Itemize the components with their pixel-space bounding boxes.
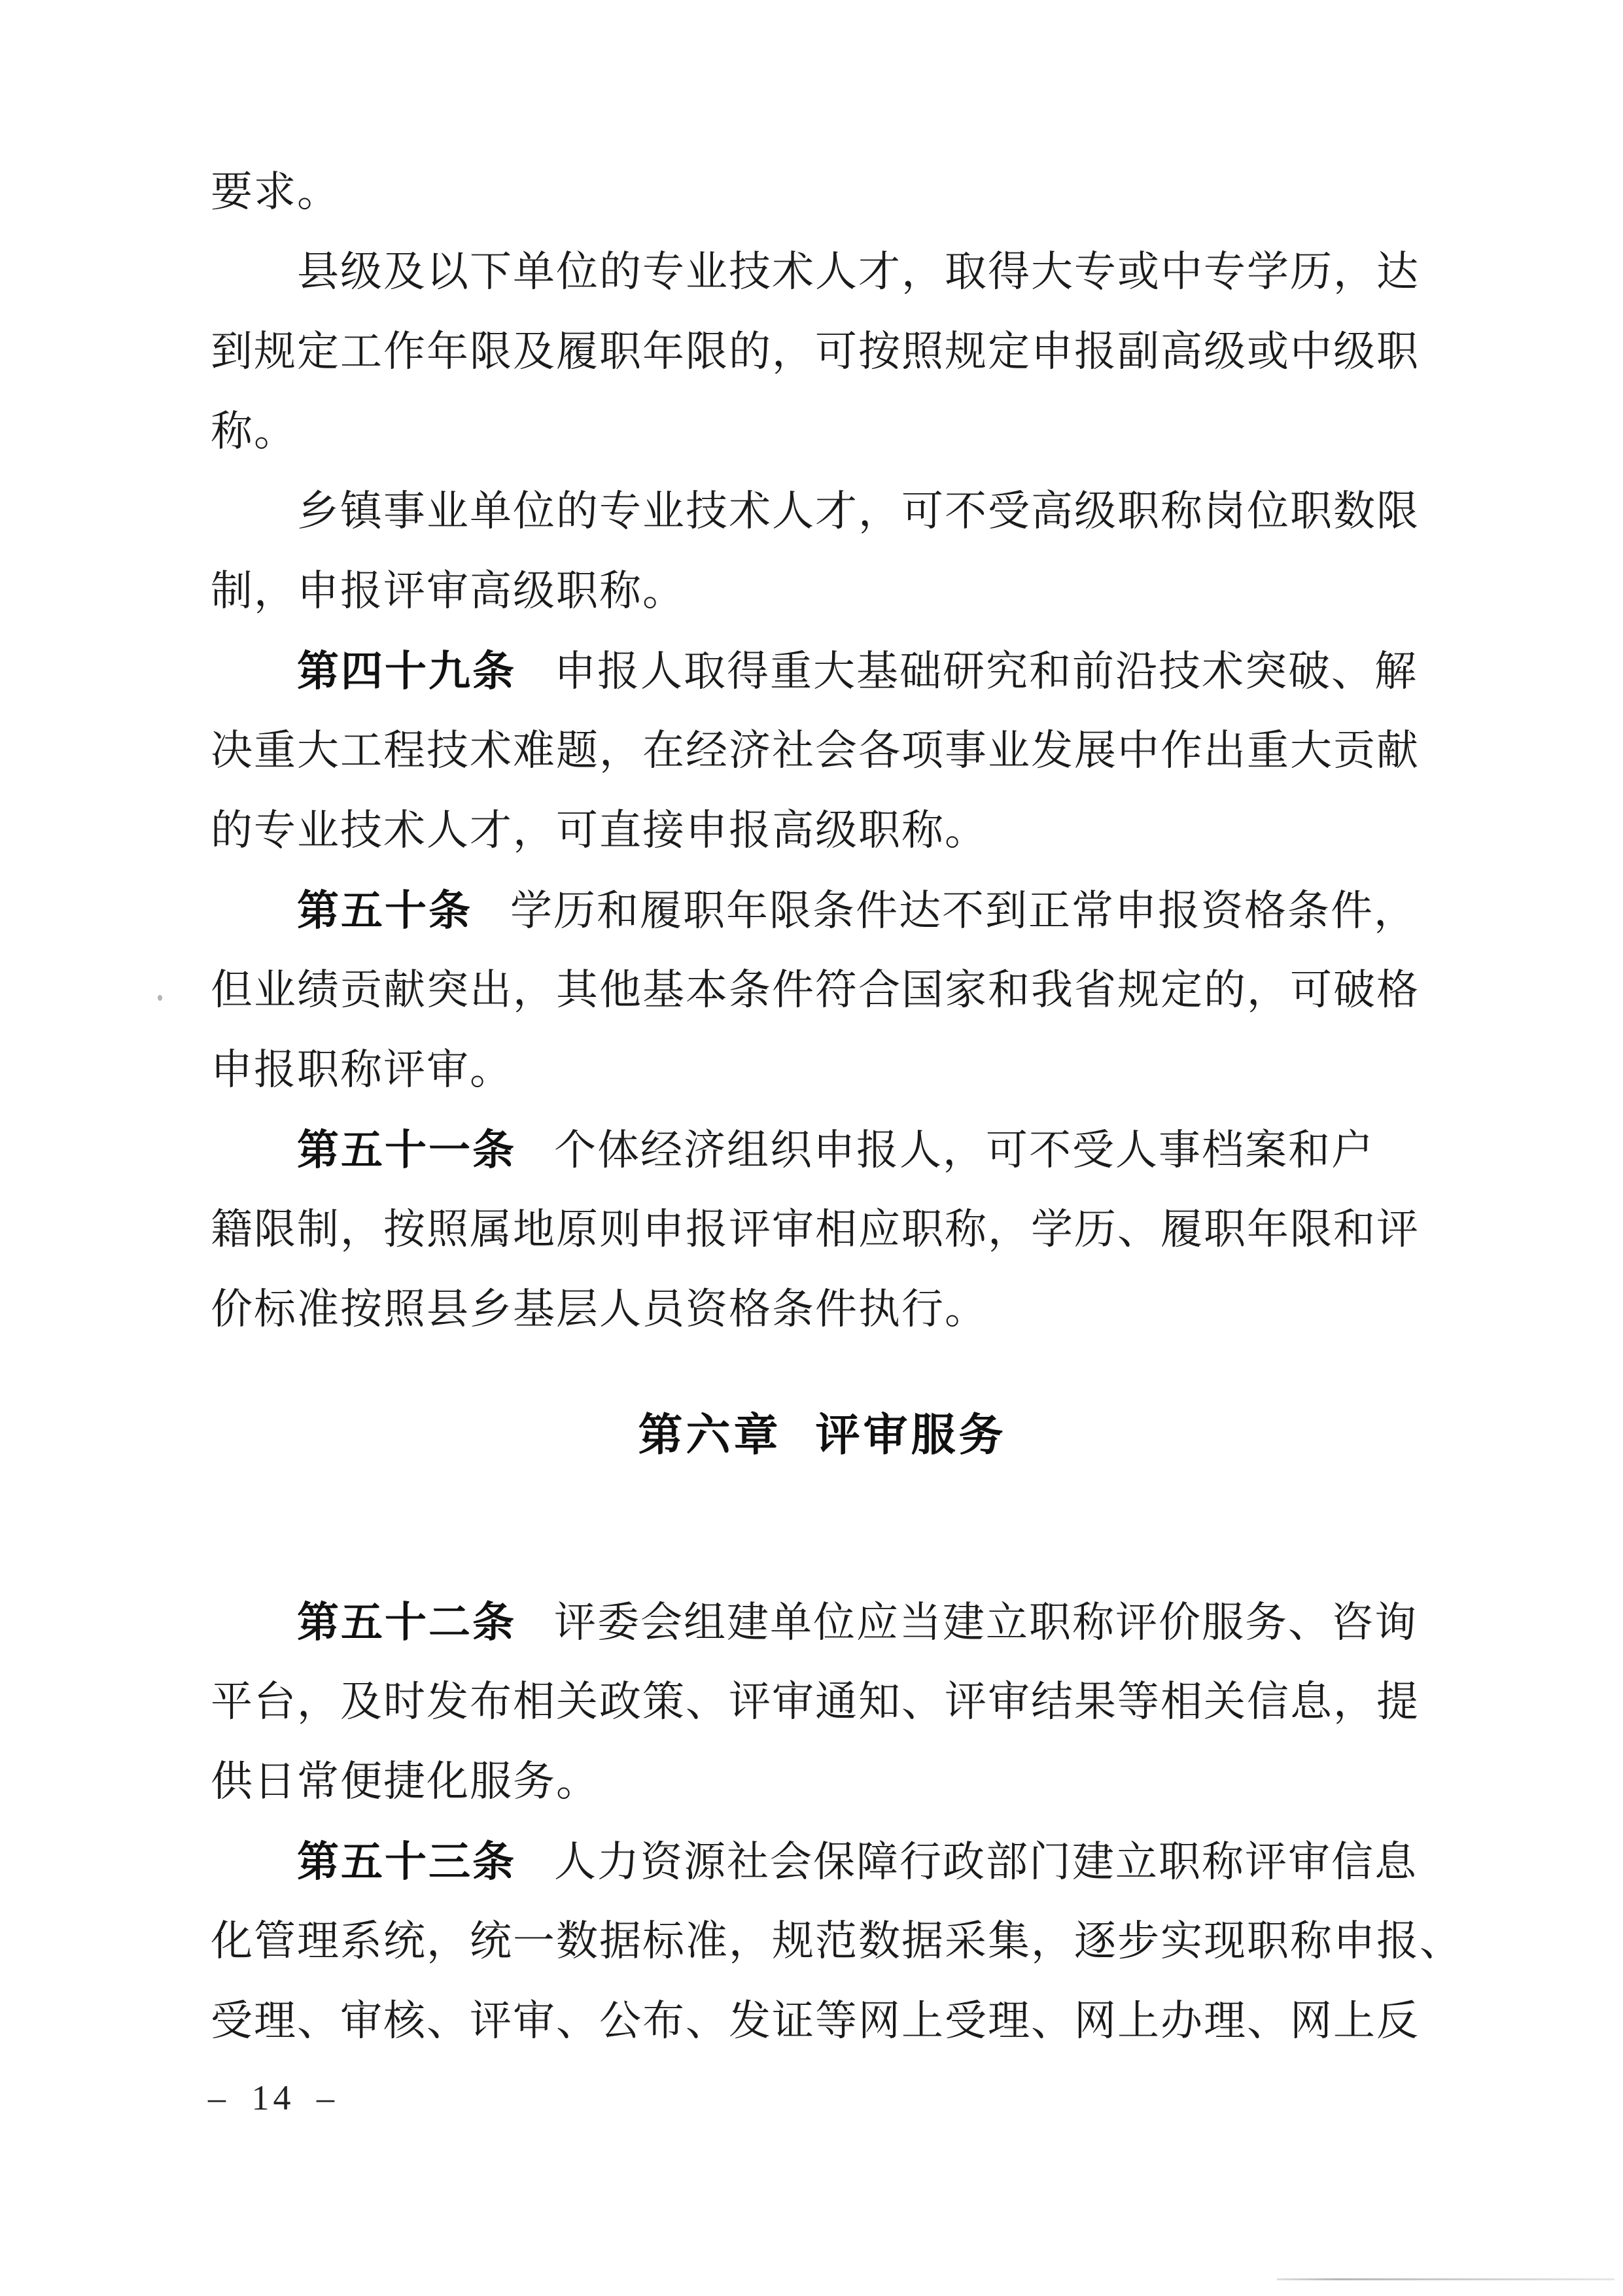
page-number: – 14 – bbox=[208, 2078, 338, 2118]
text-line: 申报职称评审。 bbox=[211, 1030, 1434, 1110]
line-text: 个体经济组织申报人，可不受人事档案和户 bbox=[554, 1127, 1374, 1174]
text-line: 第五十一条个体经济组织申报人，可不受人事档案和户 bbox=[211, 1110, 1434, 1190]
text-line: 制，申报评审高级职称。 bbox=[211, 551, 1434, 631]
text-line: 第五十二条评委会组建单位应当建立职称评价服务、咨询 bbox=[211, 1582, 1434, 1662]
text-line: 籍限制，按照属地原则申报评审相应职称，学历、履职年限和评 bbox=[211, 1190, 1434, 1270]
text-line: 要求。 bbox=[211, 152, 1434, 232]
chapter-heading: 第六章 评审服务 bbox=[211, 1395, 1434, 1475]
line-text: 人力资源社会保障行政部门建立职称评审信息 bbox=[554, 1839, 1418, 1885]
paragraph: 县级及以下单位的专业技术人才，取得大专或中专学历，达 到规定工作年限及履职年限的… bbox=[211, 232, 1434, 472]
paragraph: 乡镇事业单位的专业技术人才，可不受高级职称岗位职数限 制，申报评审高级职称。 bbox=[211, 472, 1434, 631]
scan-streak bbox=[1277, 2278, 1614, 2280]
text-line: 供日常便捷化服务。 bbox=[211, 1742, 1434, 1822]
text-line: 第五十三条人力资源社会保障行政部门建立职称评审信息 bbox=[211, 1822, 1434, 1902]
paragraph-article-51: 第五十一条个体经济组织申报人，可不受人事档案和户 籍限制，按照属地原则申报评审相… bbox=[211, 1110, 1434, 1349]
document-body: 要求。 县级及以下单位的专业技术人才，取得大专或中专学历，达 到规定工作年限及履… bbox=[211, 152, 1434, 2061]
text-line: 的专业技术人才，可直接申报高级职称。 bbox=[211, 791, 1434, 871]
paragraph-article-52: 第五十二条评委会组建单位应当建立职称评价服务、咨询 平台，及时发布相关政策、评审… bbox=[211, 1582, 1434, 1822]
paragraph-article-49: 第四十九条申报人取得重大基础研究和前沿技术突破、解 决重大工程技术难题，在经济社… bbox=[211, 631, 1434, 871]
scan-speck bbox=[158, 995, 162, 1001]
paragraph-article-53: 第五十三条人力资源社会保障行政部门建立职称评审信息 化管理系统，统一数据标准，规… bbox=[211, 1822, 1434, 2061]
text-line: 价标准按照县乡基层人员资格条件执行。 bbox=[211, 1270, 1434, 1349]
text-line: 到规定工作年限及履职年限的，可按照规定申报副高级或中级职 bbox=[211, 312, 1434, 392]
article-number: 第五十三条 bbox=[297, 1838, 516, 1885]
text-line: 化管理系统，统一数据标准，规范数据采集，逐步实现职称申报、 bbox=[211, 1902, 1434, 1981]
text-line: 但业绩贡献突出，其他基本条件符合国家和我省规定的，可破格 bbox=[211, 950, 1434, 1030]
line-text: 评委会组建单位应当建立职称评价服务、咨询 bbox=[554, 1599, 1418, 1646]
text-line: 第四十九条申报人取得重大基础研究和前沿技术突破、解 bbox=[211, 631, 1434, 711]
text-line: 受理、审核、评审、公布、发证等网上受理、网上办理、网上反 bbox=[211, 1981, 1434, 2061]
line-text: 申报人取得重大基础研究和前沿技术突破、解 bbox=[554, 648, 1418, 695]
text-line: 乡镇事业单位的专业技术人才，可不受高级职称岗位职数限 bbox=[211, 472, 1434, 551]
text-line: 决重大工程技术难题，在经济社会各项事业发展中作出重大贡献 bbox=[211, 711, 1434, 791]
article-number: 第五十一条 bbox=[297, 1126, 516, 1174]
line-text: 学历和履职年限条件达不到正常申报资格条件， bbox=[510, 888, 1417, 934]
text-line: 称。 bbox=[211, 392, 1434, 472]
text-line: 县级及以下单位的专业技术人才，取得大专或中专学历，达 bbox=[211, 232, 1434, 312]
article-number: 第五十二条 bbox=[297, 1599, 516, 1646]
document-page: 要求。 县级及以下单位的专业技术人才，取得大专或中专学历，达 到规定工作年限及履… bbox=[0, 0, 1623, 2296]
article-number: 第四十九条 bbox=[297, 648, 516, 695]
text-line: 平台，及时发布相关政策、评审通知、评审结果等相关信息，提 bbox=[211, 1662, 1434, 1742]
text-line: 第五十条学历和履职年限条件达不到正常申报资格条件， bbox=[211, 871, 1434, 950]
article-number: 第五十条 bbox=[297, 887, 472, 934]
paragraph-article-50: 第五十条学历和履职年限条件达不到正常申报资格条件， 但业绩贡献突出，其他基本条件… bbox=[211, 871, 1434, 1110]
paragraph-continuation: 要求。 bbox=[211, 152, 1434, 232]
